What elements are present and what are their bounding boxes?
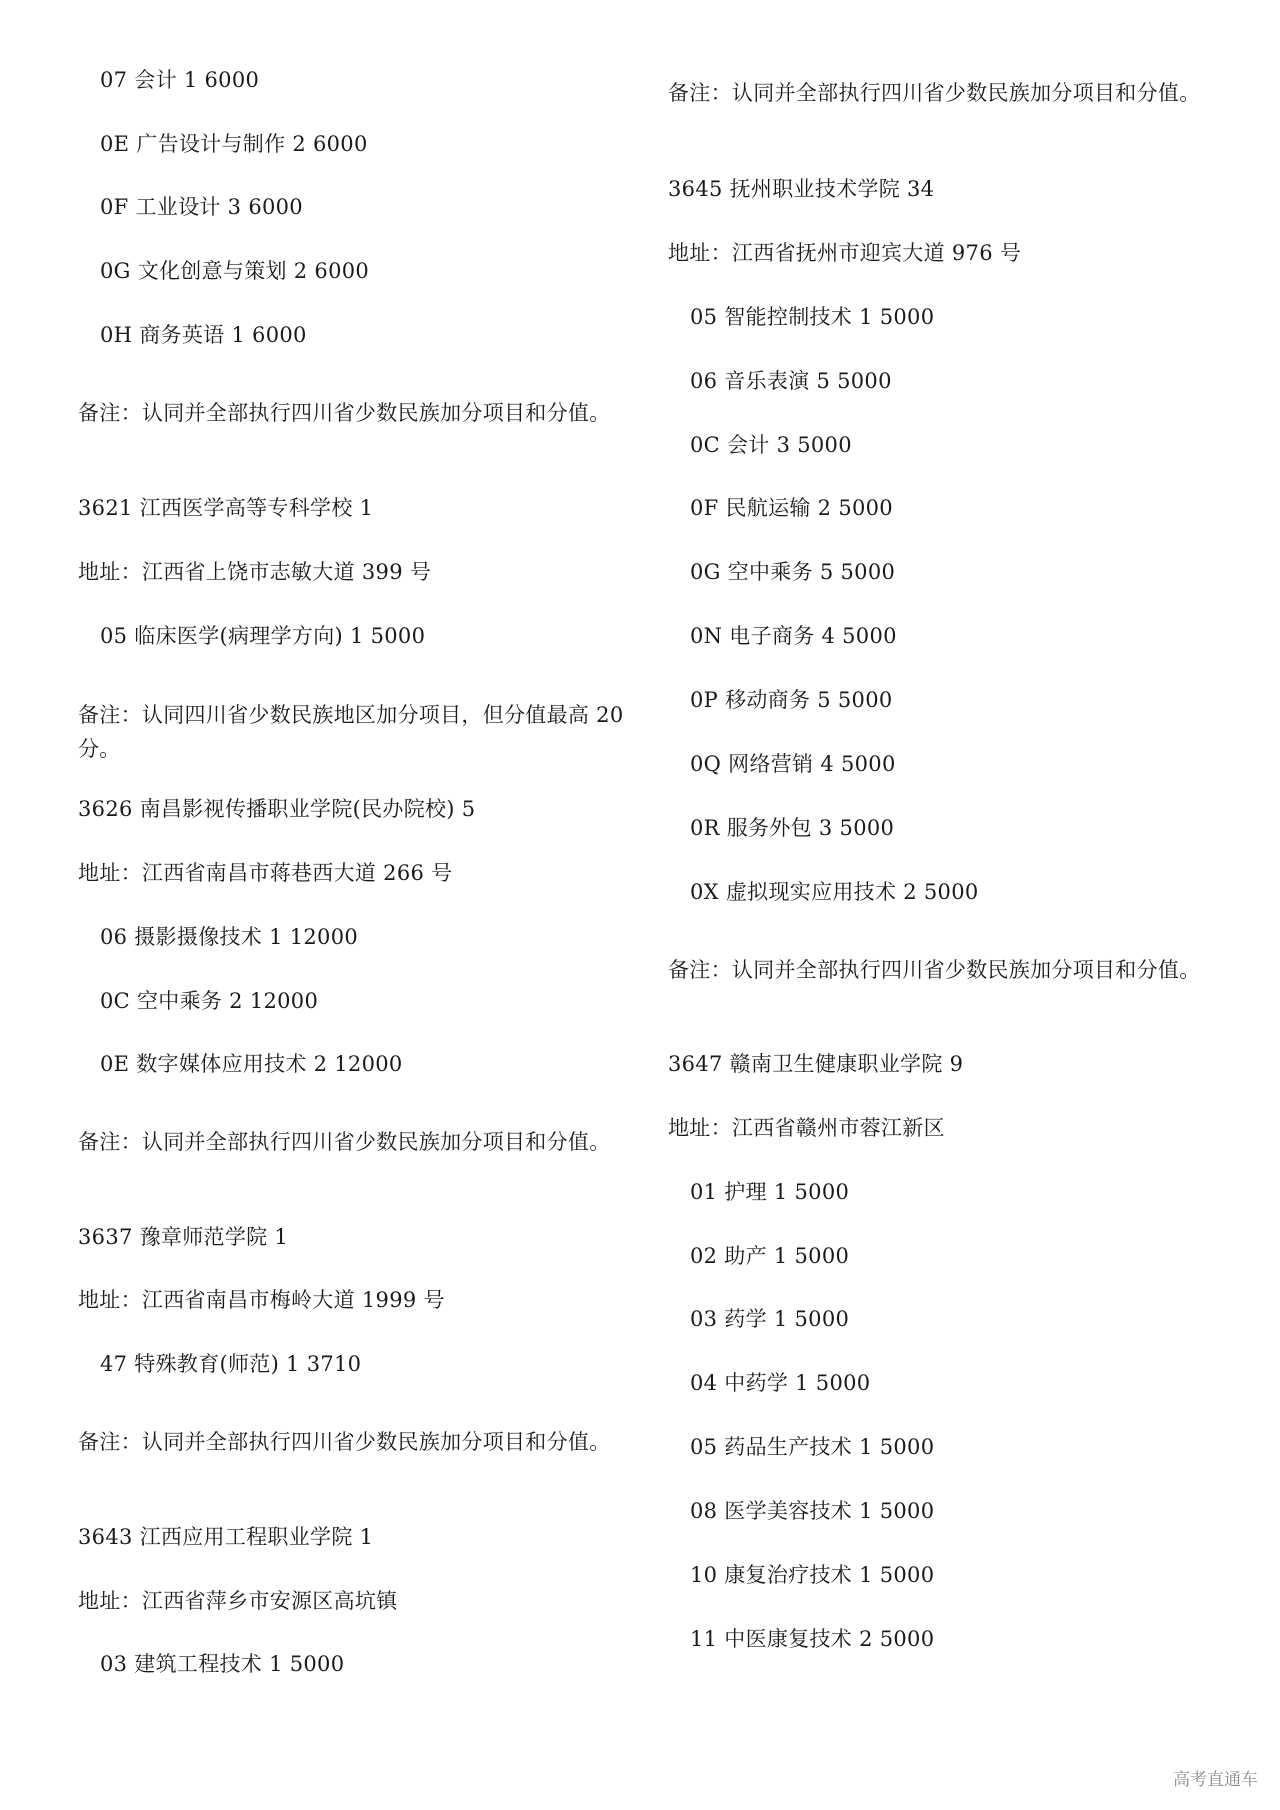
school-address: 地址：江西省赣州市蓉江新区 <box>668 1111 945 1145</box>
school-heading: 3645 抚州职业技术学院 34 <box>668 172 934 206</box>
major-entry: 0C 会计 3 5000 <box>690 428 852 462</box>
major-entry: 0F 工业设计 3 6000 <box>100 190 303 224</box>
school-heading: 3647 赣南卫生健康职业学院 9 <box>668 1047 963 1081</box>
major-entry: 0C 空中乘务 2 12000 <box>100 984 318 1018</box>
major-entry: 0P 移动商务 5 5000 <box>690 683 893 717</box>
major-entry: 0G 文化创意与策划 2 6000 <box>100 254 369 288</box>
major-entry: 01 护理 1 5000 <box>690 1175 849 1209</box>
major-entry: 03 药学 1 5000 <box>690 1302 849 1336</box>
school-address: 地址：江西省抚州市迎宾大道 976 号 <box>668 236 1021 270</box>
major-entry: 07 会计 1 6000 <box>100 63 259 97</box>
major-entry: 04 中药学 1 5000 <box>690 1366 870 1400</box>
major-entry: 11 中医康复技术 2 5000 <box>690 1622 934 1656</box>
major-entry: 0E 数字媒体应用技术 2 12000 <box>100 1047 403 1081</box>
school-address: 地址：江西省萍乡市安源区高坑镇 <box>78 1584 398 1618</box>
school-address: 地址：江西省南昌市梅岭大道 1999 号 <box>78 1283 445 1317</box>
major-entry: 05 药品生产技术 1 5000 <box>690 1430 934 1464</box>
school-address: 地址：江西省上饶市志敏大道 399 号 <box>78 555 431 589</box>
major-entry: 05 智能控制技术 1 5000 <box>690 300 934 334</box>
major-entry: 0E 广告设计与制作 2 6000 <box>100 127 368 161</box>
major-entry: 0N 电子商务 4 5000 <box>690 619 897 653</box>
major-entry: 0R 服务外包 3 5000 <box>690 811 894 845</box>
major-entry: 08 医学美容技术 1 5000 <box>690 1494 934 1528</box>
remark-note: 备注：认同并全部执行四川省少数民族加分项目和分值。 <box>668 76 1228 110</box>
major-entry: 02 助产 1 5000 <box>690 1239 849 1273</box>
remark-note: 备注：认同并全部执行四川省少数民族加分项目和分值。 <box>78 396 638 430</box>
remark-note: 备注：认同四川省少数民族地区加分项目，但分值最高 20 分。 <box>78 698 638 766</box>
watermark: 高考直通车 <box>1173 1765 1258 1790</box>
remark-note: 备注：认同并全部执行四川省少数民族加分项目和分值。 <box>78 1425 638 1459</box>
major-entry: 03 建筑工程技术 1 5000 <box>100 1647 344 1681</box>
major-entry: 0X 虚拟现实应用技术 2 5000 <box>690 875 979 909</box>
major-entry: 0H 商务英语 1 6000 <box>100 318 307 352</box>
major-entry: 0Q 网络营销 4 5000 <box>690 747 896 781</box>
major-entry: 05 临床医学(病理学方向) 1 5000 <box>100 619 425 653</box>
school-heading: 3621 江西医学高等专科学校 1 <box>78 491 373 525</box>
school-heading: 3626 南昌影视传播职业学院(民办院校) 5 <box>78 792 475 826</box>
remark-note: 备注：认同并全部执行四川省少数民族加分项目和分值。 <box>78 1125 638 1159</box>
school-heading: 3643 江西应用工程职业学院 1 <box>78 1520 373 1554</box>
major-entry: 0F 民航运输 2 5000 <box>690 491 893 525</box>
major-entry: 10 康复治疗技术 1 5000 <box>690 1558 934 1592</box>
major-entry: 06 摄影摄像技术 1 12000 <box>100 920 358 954</box>
major-entry: 0G 空中乘务 5 5000 <box>690 555 895 589</box>
major-entry: 06 音乐表演 5 5000 <box>690 364 892 398</box>
school-heading: 3637 豫章师范学院 1 <box>78 1220 288 1254</box>
remark-note: 备注：认同并全部执行四川省少数民族加分项目和分值。 <box>668 953 1228 987</box>
major-entry: 47 特殊教育(师范) 1 3710 <box>100 1347 361 1381</box>
school-address: 地址：江西省南昌市蒋巷西大道 266 号 <box>78 856 452 890</box>
